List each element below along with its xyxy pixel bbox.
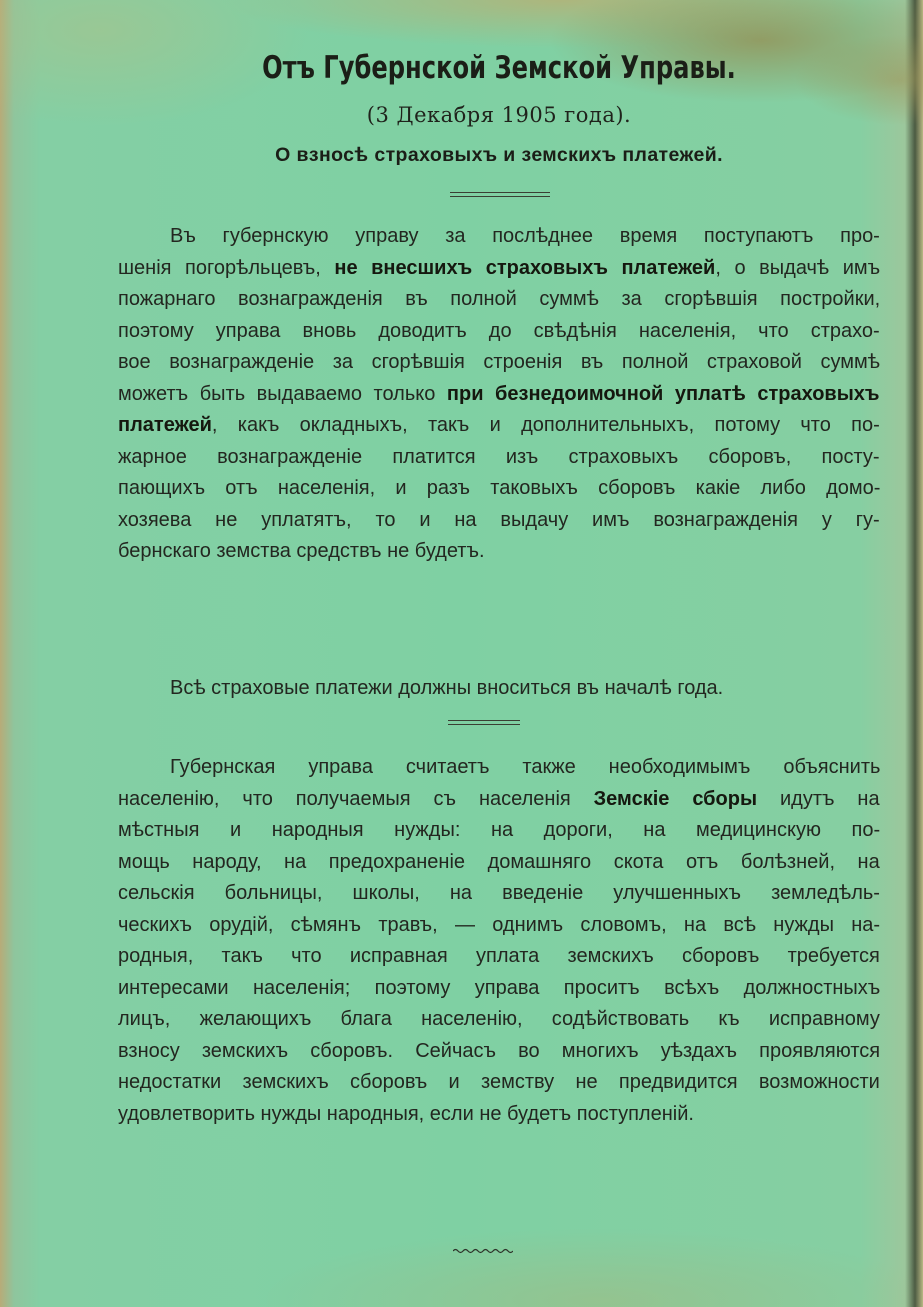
text-run: вое вознагражденіе за сгорѣвшія строенія… [118, 351, 880, 373]
text-run: поэтому управа вновь доводитъ до свѣдѣні… [118, 320, 880, 342]
text-line: платежей, какъ окладныхъ, такъ и дополни… [118, 410, 880, 442]
text-run: Губернская управа считаетъ также необход… [170, 756, 880, 778]
text-line: населенію, что получаемыя съ населенія З… [118, 784, 880, 816]
text-line: сельскія больницы, школы, на введеніе ул… [118, 878, 880, 910]
text-run: Въ губернскую управу за послѣднее время … [170, 225, 880, 247]
text-run: шенія погорѣльцевъ, [118, 257, 334, 279]
text-run: мощь народу, на предохраненіе домашняго … [118, 851, 880, 873]
text-run: можетъ быть выдаваемо только [118, 383, 447, 405]
text-run: мѣстныя и народныя нужды: на дороги, на … [118, 819, 880, 841]
text-run: пающихъ отъ населенія, и разъ таковыхъ с… [118, 477, 880, 499]
double-rule-divider [450, 192, 550, 197]
text-line: можетъ быть выдаваемо только при безнедо… [118, 379, 880, 411]
text-run: пожарнаго вознагражденія въ полной суммѣ… [118, 288, 880, 310]
text-line: бернскаго земства средствъ не будетъ. [118, 536, 880, 568]
text-line: интересами населенія; поэтому управа про… [118, 973, 880, 1005]
text-line: Губернская управа считаетъ также необход… [118, 752, 880, 784]
text-run: недостатки земскихъ сборовъ и земству не… [118, 1071, 880, 1093]
wavy-ornament-divider [453, 1248, 513, 1254]
text-line: хозяева не уплатятъ, то и на выдачу имъ … [118, 505, 880, 537]
text-line: взносу земскихъ сборовъ. Сейчасъ во мног… [118, 1036, 880, 1068]
text-line: Въ губернскую управу за послѣднее время … [118, 221, 880, 253]
text-line: пожарнаго вознагражденія въ полной суммѣ… [118, 284, 880, 316]
paragraph-zemstvo-fees: Губернская управа считаетъ также необход… [118, 752, 880, 1130]
scanned-page: Отъ Губернской Земской Управы. (3 Декабр… [0, 0, 923, 1307]
emphasized-text: Земскіе сборы [594, 788, 757, 810]
text-run: идутъ на [757, 788, 880, 810]
text-run: лицъ, желающихъ блага населенію, содѣйст… [118, 1008, 880, 1030]
emphasized-text: платежей [118, 414, 212, 436]
text-run: населенію, что получаемыя съ населенія [118, 788, 594, 810]
document-title: Отъ Губернской Земской Управы. [202, 50, 796, 86]
text-run: удовлетворить нужды народныя, если не бу… [118, 1103, 694, 1125]
paragraph-insurance-note: Всѣ страховые платежи должны вноситься в… [118, 673, 880, 705]
text-line: мѣстныя и народныя нужды: на дороги, на … [118, 815, 880, 847]
double-rule-divider [448, 720, 520, 725]
text-run: родныя, такъ что исправная уплата земски… [118, 945, 880, 967]
text-line: жарное вознагражденіе платится изъ страх… [118, 442, 880, 474]
text-run: ческихъ орудій, сѣмянъ травъ, — однимъ с… [118, 914, 880, 936]
text-line: недостатки земскихъ сборовъ и земству не… [118, 1067, 880, 1099]
emphasized-text: не внесшихъ страховыхъ платежей [334, 257, 715, 279]
text-line: шенія погорѣльцевъ, не внесшихъ страховы… [118, 253, 880, 285]
text-line: вое вознагражденіе за сгорѣвшія строенія… [118, 347, 880, 379]
note-line: Всѣ страховые платежи должны вноситься в… [118, 673, 880, 705]
text-run: жарное вознагражденіе платится изъ страх… [118, 446, 880, 468]
text-line: родныя, такъ что исправная уплата земски… [118, 941, 880, 973]
text-line: пающихъ отъ населенія, и разъ таковыхъ с… [118, 473, 880, 505]
document-subtitle: О взносѣ страховыхъ и земскихъ платежей. [118, 144, 880, 167]
text-run: , какъ окладныхъ, такъ и дополнительныхъ… [212, 414, 880, 436]
paragraph-insurance: Въ губернскую управу за послѣднее время … [118, 221, 880, 568]
text-line: поэтому управа вновь доводитъ до свѣдѣні… [118, 316, 880, 348]
text-run: бернскаго земства средствъ не будетъ. [118, 540, 485, 562]
text-run: хозяева не уплатятъ, то и на выдачу имъ … [118, 509, 880, 531]
document-date: (3 Декабря 1905 года). [118, 103, 880, 127]
text-line: ческихъ орудій, сѣмянъ травъ, — однимъ с… [118, 910, 880, 942]
emphasized-text: при безнедоимочной уплатѣ страховыхъ [447, 383, 880, 405]
text-run: сельскія больницы, школы, на введеніе ул… [118, 882, 880, 904]
text-run: взносу земскихъ сборовъ. Сейчасъ во мног… [118, 1040, 880, 1062]
text-line: удовлетворить нужды народныя, если не бу… [118, 1099, 880, 1131]
text-run: , о выдачѣ имъ [715, 257, 880, 279]
text-run: интересами населенія; поэтому управа про… [118, 977, 880, 999]
text-line: лицъ, желающихъ блага населенію, содѣйст… [118, 1004, 880, 1036]
text-line: мощь народу, на предохраненіе домашняго … [118, 847, 880, 879]
